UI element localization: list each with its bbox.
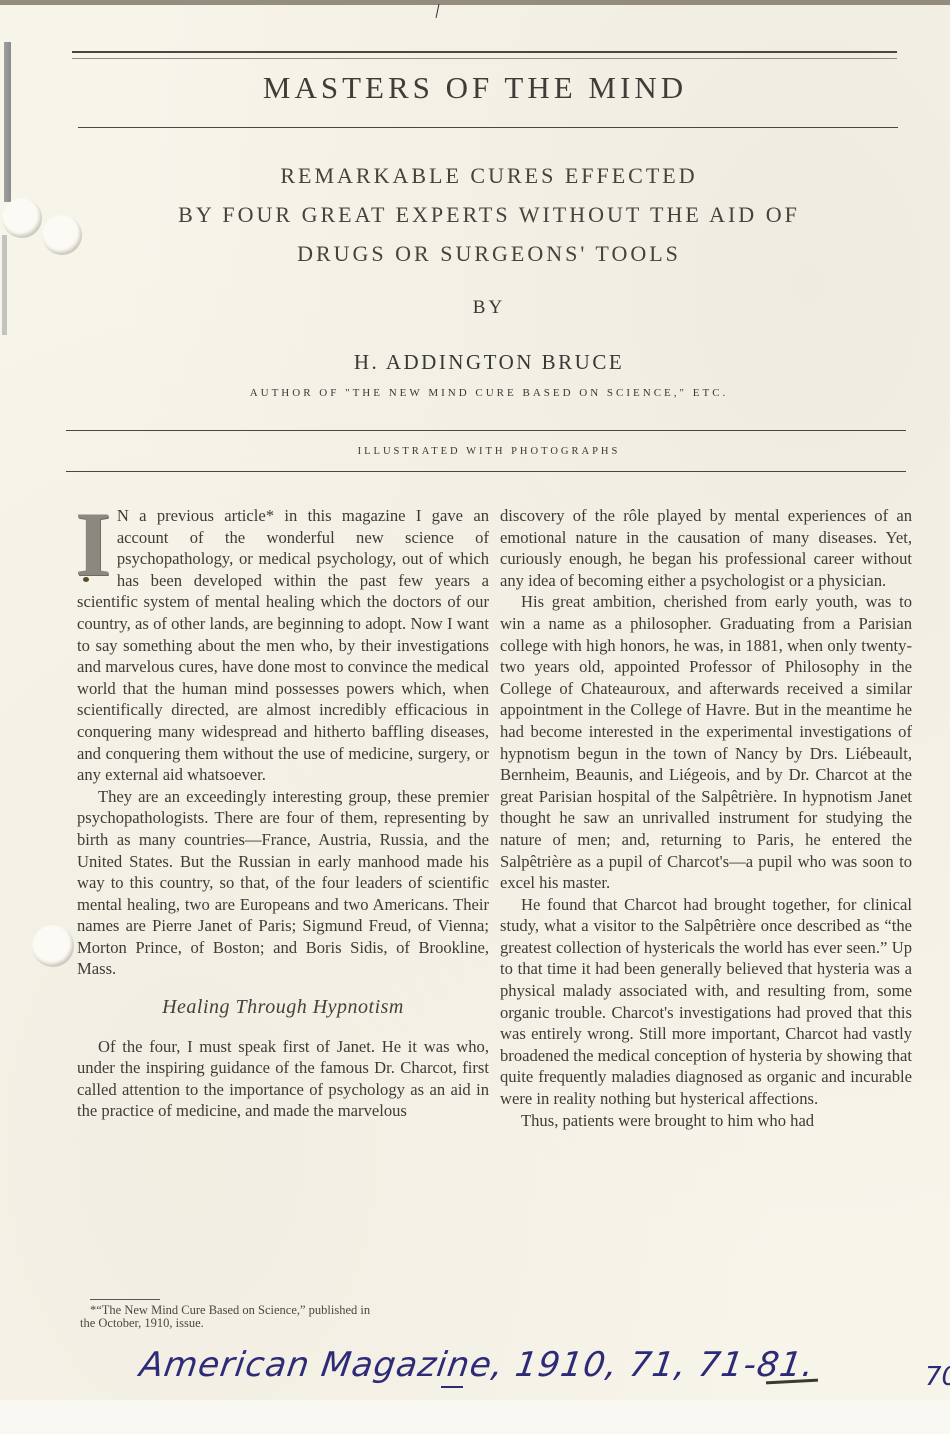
masthead-title: MASTERS OF THE MIND (0, 70, 950, 106)
article-paragraph: Thus, patients were brought to him who h… (500, 1110, 912, 1132)
footnote-line-2: the October, 1910, issue. (80, 1316, 204, 1330)
footnote-rule (90, 1299, 160, 1300)
article-column-left: I N a previous article* in this magazine… (77, 505, 489, 1122)
header-rule-top-thin (72, 58, 897, 59)
illustrated-note: ILLUSTRATED WITH PHOTOGRAPHS (0, 446, 950, 457)
header-rule-top (72, 51, 897, 53)
pen-tick-mark (436, 4, 440, 18)
ornament-dot-icon (83, 577, 89, 582)
footnote: *“The New Mind Cure Based on Science,” p… (80, 1304, 490, 1330)
handwritten-page-number: 70 (925, 1362, 950, 1392)
article-column-right: discovery of the rôle played by mental e… (500, 505, 912, 1131)
article-paragraph: discovery of the rôle played by mental e… (500, 505, 912, 591)
article-paragraph: I N a previous article* in this magazine… (77, 505, 489, 786)
author-credentials: AUTHOR OF "THE NEW MIND CURE BASED ON SC… (0, 387, 950, 399)
subtitle-line-2: BY FOUR GREAT EXPERTS WITHOUT THE AID OF (0, 202, 950, 228)
byline-label: BY (0, 297, 950, 319)
header-rule-bottom (78, 127, 898, 128)
illustrated-rule-bottom (66, 471, 906, 472)
article-paragraph: They are an exceedingly interesting grou… (77, 786, 489, 980)
punch-hole-icon (32, 925, 74, 967)
illustrated-rule-top (66, 430, 906, 431)
article-paragraph: Of the four, I must speak first of Janet… (77, 1036, 489, 1122)
page-top-edge (0, 0, 950, 5)
subtitle-line-3: DRUGS OR SURGEONS' TOOLS (0, 241, 950, 267)
handwritten-citation: American Magazine, 1910, 71, 71-81. (137, 1345, 817, 1385)
drop-cap: I (75, 508, 111, 580)
page-bottom-margin (0, 1400, 950, 1434)
scanned-page: MASTERS OF THE MIND REMARKABLE CURES EFF… (0, 0, 950, 1434)
handwritten-underline (441, 1386, 463, 1388)
author-name: H. ADDINGTON BRUCE (0, 350, 950, 375)
section-heading: Healing Through Hypnotism (77, 997, 489, 1019)
subtitle-line-1: REMARKABLE CURES EFFECTED (0, 163, 950, 189)
article-paragraph: He found that Charcot had brought togeth… (500, 894, 912, 1110)
article-paragraph: His great ambition, cherished from early… (500, 591, 912, 893)
